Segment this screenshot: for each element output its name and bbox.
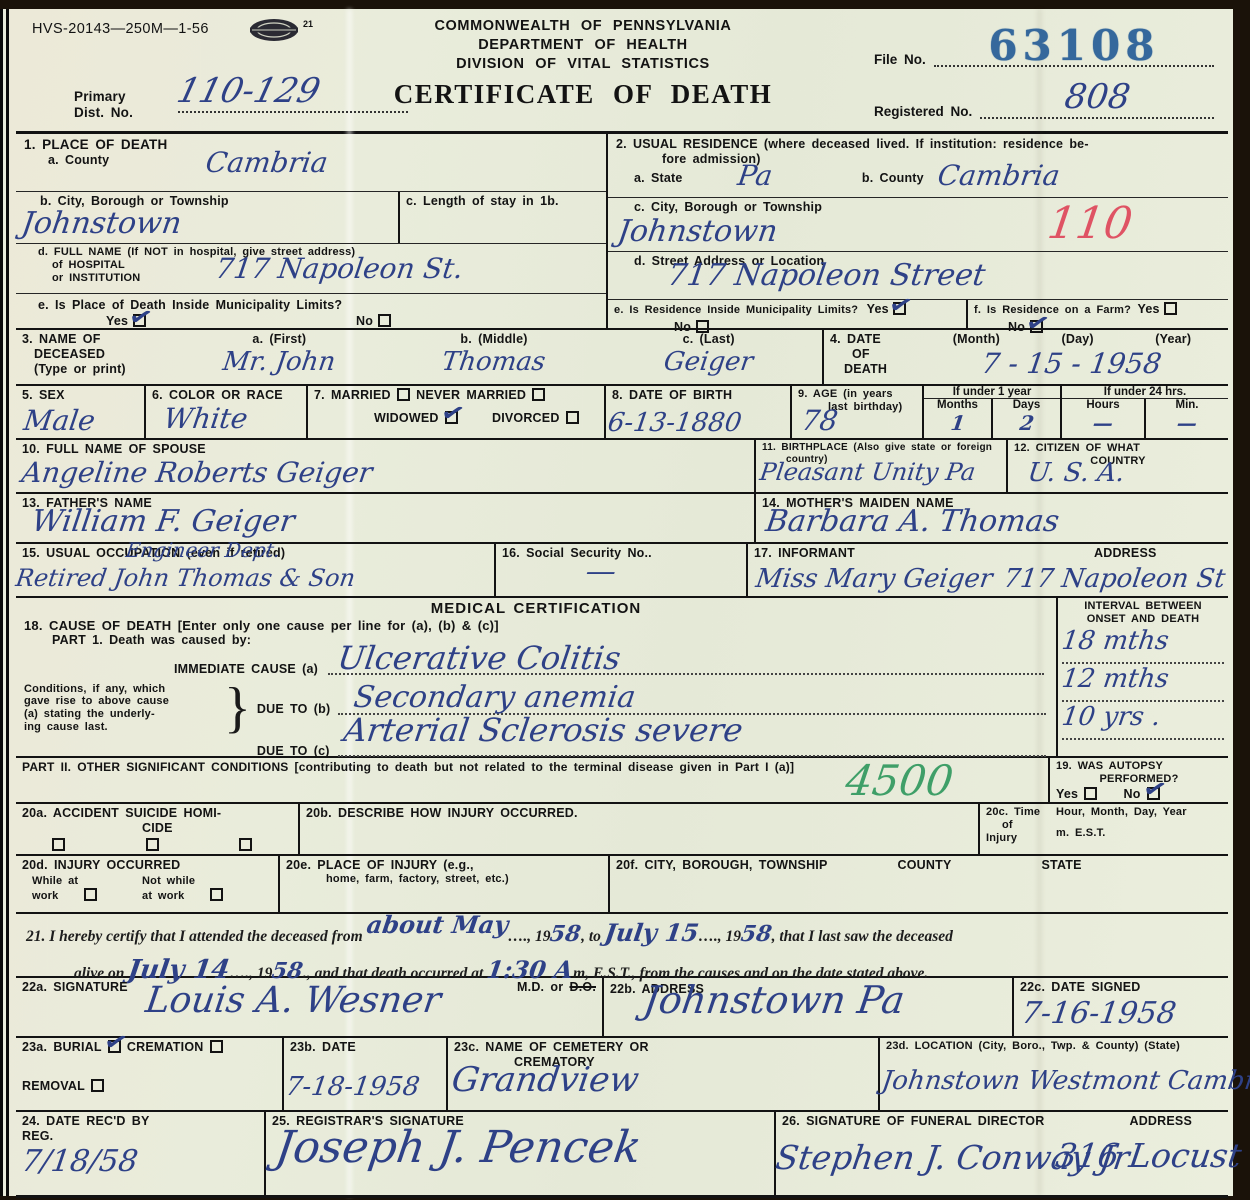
interval-header-2: ONSET AND DEATH [1062,613,1224,626]
funeral-director-address-value: 316 Locust St. [1053,1136,1250,1175]
color-race-value: White [162,402,250,435]
min-value: — [1175,411,1198,435]
death-municipality-label: e. Is Place of Death Inside Municipality… [38,298,342,312]
registered-no-value: 808 [1062,77,1133,117]
interval-b-value: 12 mths [1060,664,1171,694]
autopsy-label-2: PERFORMED? [1056,773,1222,786]
burial-label: BURIAL [53,1040,101,1054]
under-24-hrs-label: If under 24 hrs. [1062,386,1228,399]
section-injury-location: 20f. CITY, BOROUGH, TOWNSHIP COUNTY STAT… [608,856,1228,912]
never-married-checkbox [532,388,545,401]
section-cause-of-death: MEDICAL CERTIFICATION 18. CAUSE OF DEATH… [16,598,1056,756]
married-label: MARRIED [331,388,391,402]
section-describe-injury: 20b. DESCRIBE HOW INJURY OCCURRED. [298,804,978,854]
accident-checkbox [52,838,65,851]
conditions-note-2: gave rise to above cause [24,695,224,708]
injury-state-label: STATE [1042,858,1082,910]
citizen-label-1: 12. CITIZEN OF WHAT [1014,442,1222,455]
first-name-label: a. (First) [172,332,387,347]
immediate-cause-label: IMMEDIATE CAUSE (a) [174,662,318,677]
time-injury-label-3: Injury [986,832,1056,845]
citizen-value: U. S. A. [1026,458,1127,488]
certify-seg-1: 21. I hereby certify that I attended the… [26,928,363,945]
section-registrar-signature: 25. REGISTRAR'S SIGNATURE Joseph J. Penc… [264,1112,774,1195]
section-informant: 17. INFORMANT Miss Mary Geiger ADDRESS 7… [746,544,1228,596]
conditions-note-1: Conditions, if any, which [24,683,224,696]
conditions-brace: } [224,683,251,759]
min-label: Min. [1146,399,1228,411]
form-number: HVS-20143—250M—1-56 [32,21,209,37]
primary-district-label-1: Primary [74,89,133,105]
section-funeral-director: 26. SIGNATURE OF FUNERAL DIRECTOR ADDRES… [774,1112,1228,1195]
section-physician-signature: 22a. SIGNATURE Louis A. Wesner M.D. or D… [16,978,602,1036]
section-under-24-hrs: If under 24 hrs. Hours — Min. — [1060,386,1228,438]
section-certification-statement: 21. I hereby certify that I attended the… [16,914,1228,978]
section-ssn: 16. Social Security No.. — [494,544,746,596]
org-line-1: COMMONWEALTH OF PENNSYLVANIA [368,17,798,36]
homicide-checkbox [239,838,252,851]
sex-value: Male [22,404,98,437]
occupation-value-top: Engineer Dept. [124,538,282,562]
days-label: Days [993,399,1060,411]
months-value: 1 [949,411,966,435]
county-value: Cambria [204,146,330,179]
date-of-death-value: 7 - 15 - 1958 [980,347,1164,380]
conditions-note-4: ing cause last. [24,721,224,734]
date-received-value: 7/18/58 [20,1144,141,1179]
informant-address-value: 717 Napoleon St [1002,564,1227,594]
farm-yes-checkbox [1164,302,1177,315]
section-place-of-death: 1. PLACE OF DEATH a. County Cambria b. C… [16,134,606,328]
removal-label: REMOVAL [22,1079,85,1093]
section-citizen: 12. CITIZEN OF WHAT COUNTRY U. S. A. [1006,440,1228,492]
interval-c-value: 10 yrs . [1060,702,1163,732]
cremation-label: CREMATION [127,1040,204,1054]
date-received-label-1: 24. DATE REC'D BY [22,1114,258,1129]
seal-icon [248,17,300,43]
section-burial-date: 23b. DATE 7-18-1958 [282,1038,446,1110]
middle-name-label: b. (Middle) [387,332,602,347]
cemetery-value: Grandview [449,1060,641,1100]
birthplace-value: Pleasant Unity Pa [758,458,977,486]
death-municipality-no-label: No [356,314,373,328]
widowed-checkbox: ✓ [445,411,458,424]
cremation-checkbox [210,1040,223,1053]
section-date-received: 24. DATE REC'D BY REG. 7/18/58 [16,1112,264,1195]
certify-seg-4: …., 19 [698,928,741,945]
funeral-director-label: 26. SIGNATURE OF FUNERAL DIRECTOR [782,1114,1044,1129]
date-of-birth-value: 6-13-1880 [606,408,744,438]
residence-county-value: Cambria [935,159,1061,192]
not-while-at-work-label-1: Not while [142,875,272,888]
injury-occurred-label: 20d. INJURY OCCURRED [22,858,272,873]
first-name-value: Mr. John [221,347,338,377]
autopsy-no-checkbox: ✓ [1147,787,1160,800]
not-while-at-work-checkbox [210,888,223,901]
file-no-label: File No. [874,52,926,67]
section-date-of-birth: 8. DATE OF BIRTH 6-13-1880 [604,386,790,438]
burial-number: 23a. [22,1040,47,1054]
year-label: (Year) [1155,332,1191,347]
months-column: Months 1 [924,399,991,438]
date-of-death-title-2: OF [852,347,922,362]
while-at-work-label-1: While at [32,875,142,888]
section-occupation: 15. USUAL OCCUPATION (even if retired) E… [16,544,494,596]
certify-to-value: July 15 [603,918,701,947]
section-spouse: 10. FULL NAME OF SPOUSE Angeline Roberts… [16,440,754,492]
hours-value: — [1091,411,1114,435]
injury-city-label: 20f. CITY, BOROUGH, TOWNSHIP [616,858,828,910]
section-marital-status: 7. MARRIED NEVER MARRIED WIDOWED ✓ DIVOR… [306,386,604,438]
file-no-stamp: 63108 [988,21,1159,70]
state-label: a. State [634,171,683,192]
registered-no-label: Registered No. [874,104,972,119]
interval-header-1: INTERVAL BETWEEN [1062,600,1224,613]
describe-injury-label: 20b. DESCRIBE HOW INJURY OCCURRED. [306,806,972,821]
certify-seg-5: , that I last saw the deceased [772,928,953,945]
mother-maiden-value: Barbara A. Thomas [764,504,1062,539]
city-borough-value: Johnstown [20,206,184,241]
hours-label: Hours [1062,399,1144,411]
while-at-work-label-2: work [32,890,58,902]
burial-location-value: Johnstown Westmont Cambria Pa [880,1066,1250,1096]
registrar-signature-value: Joseph J. Pencek [272,1122,644,1173]
do-label: D.O. [570,980,597,994]
removal-checkbox [91,1079,104,1092]
interval-a-value: 18 mths [1060,626,1171,656]
informant-label: 17. INFORMANT [754,546,1004,561]
section-under-1-year: If under 1 year Months 1 Days 2 [922,386,1060,438]
section-autopsy: 19. WAS AUTOPSY PERFORMED? Yes No ✓ [1048,758,1228,802]
burial-date-value: 7-18-1958 [284,1072,422,1102]
death-municipality-yes-checkbox: ✓ [133,314,146,327]
death-municipality-no-checkbox [378,314,391,327]
father-name-value: William F. Geiger [30,504,297,539]
informant-value: Miss Mary Geiger [754,564,995,594]
section-father-name: 13. FATHER'S NAME William F. Geiger [16,494,754,542]
months-label: Months [924,399,991,411]
married-checkbox [397,388,410,401]
section-time-of-injury: 20c. Time of Injury Hour, Month, Day, Ye… [978,804,1228,854]
injury-county-label: COUNTY [898,858,952,910]
informant-address-label: ADDRESS [1094,546,1222,561]
time-injury-label-2: of [1002,819,1056,832]
section-age: 9. AGE (in years last birthday) 78 [790,386,922,438]
residence-city-value: Johnstown [616,214,780,249]
while-at-work-checkbox [84,888,97,901]
color-race-label: 6. COLOR OR RACE [152,388,300,403]
hours-column: Hours — [1062,399,1144,438]
section-other-significant-conditions: PART II. OTHER SIGNIFICANT CONDITIONS [c… [16,758,1048,802]
sex-label: 5. SEX [22,388,138,403]
certify-seg-2: …., 19 [508,928,551,945]
date-of-death-title-3: DEATH [844,362,922,377]
date-signed-value: 7-16-1958 [1020,996,1179,1031]
place-of-injury-label-1: 20e. PLACE OF INJURY (e.g., [286,858,602,873]
suicide-checkbox [146,838,159,851]
physician-signature-value: Louis A. Wesner [143,980,443,1021]
deceased-title-1: 3. NAME OF [22,332,172,347]
primary-district-field: Primary Dist. No. 110-129 [74,89,133,121]
section-mother-maiden-name: 14. MOTHER'S MAIDEN NAME Barbara A. Thom… [754,494,1228,542]
section-burial-location: 23d. LOCATION (City, Boro., Twp. & Count… [878,1038,1228,1110]
usual-residence-title-1: 2. USUAL RESIDENCE (where deceased lived… [616,137,1220,152]
scanned-death-certificate: { "header": { "form_number": "HVS-20143—… [0,0,1250,1200]
autopsy-yes-checkbox [1084,787,1097,800]
never-married-label: NEVER MARRIED [416,388,526,402]
section-date-of-death: 4. DATE OF DEATH (Month) (Day) (Year) 7 … [822,330,1228,384]
immediate-cause-value: Ulcerative Colitis [335,639,623,677]
conditions-note-3: (a) stating the underly- [24,708,224,721]
residence-municipality-yes-checkbox: ✓ [893,302,906,315]
hospital-name-value: 717 Napoleon St. [214,252,466,285]
deceased-title-3: (Type or print) [34,362,172,377]
under-1-year-label: If under 1 year [924,386,1060,399]
certificate-header: HVS-20143—250M—1-56 21 Primary Dist. No.… [16,9,1228,131]
date-of-death-title-1: 4. DATE [830,332,922,347]
org-line-3: DIVISION OF VITAL STATISTICS [368,55,798,74]
autopsy-label-1: 19. WAS AUTOPSY [1056,760,1222,773]
divorced-checkbox [566,411,579,424]
spouse-value: Angeline Roberts Geiger [20,456,375,489]
cemetery-label-1: 23c. NAME OF CEMETERY OR [454,1040,872,1055]
accident-label-2: CIDE [142,821,292,836]
residence-municipality-label: e. Is Residence Inside Municipality Limi… [614,304,858,316]
due-to-b-value: Secondary anemia [352,680,638,715]
certify-from-value: about May [364,910,509,939]
place-of-injury-label-2: home, farm, factory, street, etc.) [326,873,602,886]
section-interval-onset-death: INTERVAL BETWEEN ONSET AND DEATH 18 mths… [1056,598,1228,756]
time-injury-sub: m. E.S.T. [1056,827,1222,840]
deceased-title-2: DECEASED [34,347,172,362]
due-to-b-label: DUE TO (b) [257,702,330,717]
cause-of-death-label: 18. CAUSE OF DEATH [Enter only one cause… [24,618,1048,633]
certificate-title: CERTIFICATE OF DEATH [368,79,798,110]
section-place-of-injury: 20e. PLACE OF INJURY (e.g., home, farm, … [278,856,608,912]
accident-label-1: 20a. ACCIDENT SUICIDE HOMI- [22,806,292,821]
autopsy-no-label: No [1124,787,1141,801]
primary-district-value: 110-129 [173,71,324,111]
date-signed-label: 22c. DATE SIGNED [1020,980,1222,995]
due-to-c-label: DUE TO (c) [257,744,330,759]
last-name-label: c. (Last) [601,332,816,347]
section-name-of-deceased: 3. NAME OF DECEASED (Type or print) a. (… [16,330,822,384]
section-usual-residence: 2. USUAL RESIDENCE (where deceased lived… [606,134,1228,328]
death-municipality-yes-label: Yes [106,314,128,328]
burial-checkbox: ✓ [108,1040,121,1053]
spouse-label: 10. FULL NAME OF SPOUSE [22,442,748,457]
section-burial-cremation: 23a. BURIAL ✓ CREMATION REMOVAL [16,1038,282,1110]
medical-certification-title: MEDICAL CERTIFICATION [24,600,1048,618]
age-label-2: last birthday) [828,401,916,414]
certify-year2-value: 58 [739,921,773,947]
day-label: (Day) [1061,332,1093,347]
section-sex: 5. SEX Male [16,386,144,438]
date-received-label-2: REG. [22,1129,258,1144]
physician-address-value: Johnstown Pa [641,978,907,1022]
primary-district-label-2: Dist. No. [74,105,133,121]
length-of-stay-label: c. Length of stay in 1b. [406,194,600,209]
section-cemetery: 23c. NAME OF CEMETERY OR CREMATORY Grand… [446,1038,878,1110]
certify-seg-3: , to [581,928,601,945]
section-physician-address: 22b. ADDRESS Johnstown Pa [602,978,1012,1036]
ssn-label: 16. Social Security No.. [502,546,740,561]
ssn-value: — [584,554,619,589]
section-date-signed: 22c. DATE SIGNED 7-16-1958 [1012,978,1228,1036]
section-birthplace: 11. BIRTHPLACE (Also give state or forei… [754,440,1006,492]
residence-county-label: b. County [862,171,924,192]
header-titles: COMMONWEALTH OF PENNSYLVANIA DEPARTMENT … [368,17,798,110]
seal-number: 21 [303,19,313,29]
age-value: 78 [800,404,840,437]
autopsy-yes-label: Yes [1056,787,1078,801]
time-injury-label-1: 20c. Time [986,806,1056,819]
burial-location-label: 23d. LOCATION (City, Boro., Twp. & Count… [886,1040,1222,1053]
divorced-label: DIVORCED [492,411,560,425]
time-injury-columns: Hour, Month, Day, Year [1056,806,1222,819]
occupation-value: Retired John Thomas & Son [14,564,357,592]
birthplace-label-1: 11. BIRTHPLACE (Also give state or forei… [762,442,1000,454]
due-to-c-value: Arterial Sclerosis severe [341,711,745,749]
burial-date-label: 23b. DATE [290,1040,440,1055]
state-value: Pa [735,159,774,192]
org-line-2: DEPARTMENT OF HEALTH [368,36,798,55]
section-accident-suicide-homicide: 20a. ACCIDENT SUICIDE HOMI- CIDE [16,804,298,854]
not-while-at-work-label-2: at work [142,890,184,902]
funeral-director-address-label: ADDRESS [1129,1114,1192,1129]
days-column: Days 2 [991,399,1060,438]
md-label: M.D. or [517,980,563,994]
month-label: (Month) [953,332,1000,347]
red-annotation-110: 110 [1044,198,1135,249]
age-label-1: 9. AGE (in years [798,388,916,401]
marital-number: 7. [314,388,325,402]
certificate-form: 1. PLACE OF DEATH a. County Cambria b. C… [16,131,1228,1198]
middle-name-value: Thomas [440,347,547,377]
widowed-label: WIDOWED [374,411,439,425]
last-name-value: Geiger [662,347,755,377]
section-injury-occurred: 20d. INJURY OCCURRED While at work Not w… [16,856,278,912]
printers-union-seal: 21 [248,17,313,43]
street-address-value: 717 Napoleon Street [666,258,988,293]
section-color-or-race: 6. COLOR OR RACE White [144,386,306,438]
days-value: 2 [1018,411,1035,435]
green-annotation-4500: 4500 [843,756,957,805]
certificate-paper: HVS-20143—250M—1-56 21 Primary Dist. No.… [0,9,1233,1196]
date-of-birth-label: 8. DATE OF BIRTH [612,388,784,403]
file-registration-block: File No. 63108 Registered No. 808 [874,15,1214,119]
farm-yes-label: Yes [1138,302,1160,316]
certify-year1-value: 58 [549,921,583,947]
min-column: Min. — [1144,399,1228,438]
